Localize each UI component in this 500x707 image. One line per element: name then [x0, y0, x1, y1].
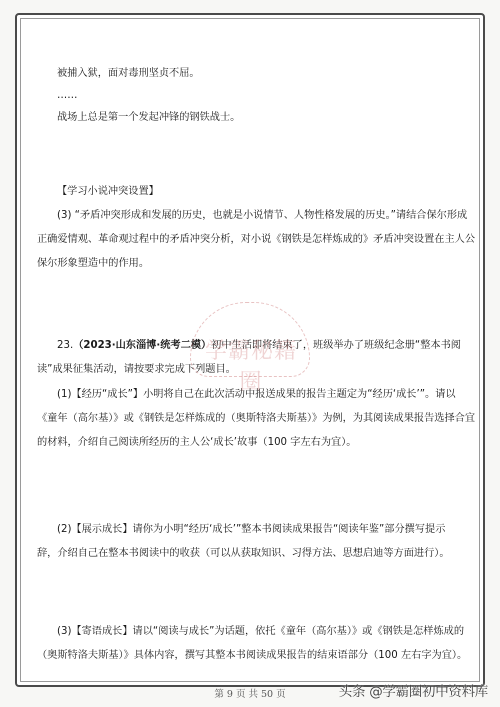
q3-line-3: 保尔形象塑造中的作用。	[37, 252, 463, 276]
q23-part1-line-3: 的材料，介绍自己阅读所经历的主人公‘成长’故事（100 字左右为宜）。	[37, 431, 463, 455]
q3-line-1: (3) “矛盾冲突形成和发展的历史，也就是小说情节、人物性格发展的历史。”请结合…	[37, 204, 463, 228]
q23-number: 23.	[57, 340, 73, 351]
section-heading: 【学习小说冲突设置】	[37, 180, 463, 204]
excerpt-ellipsis: ……	[37, 84, 463, 108]
excerpt-line-1: 被捕入狱，面对毒刑坚贞不屈。	[37, 62, 463, 86]
q23-part3-line-2: （奥斯特洛夫斯基）》具体内容，撰写其整本书阅读成果报告的结束语部分（100 左右…	[37, 644, 463, 668]
q23-part1-line-2: 《童年（高尔基）》或《钢铁是怎样炼成的（奥斯特洛夫斯基）》为例，为其阅读成果报告…	[37, 407, 463, 431]
q23-part2-line-1: (2)【展示成长】请你为小明“经历‘成长’”整本书阅读成果报告“阅读年鉴”部分撰…	[37, 518, 463, 542]
watermark-center-text: 学霸秘籍圈	[196, 334, 306, 396]
excerpt-line-2: 战场上总是第一个发起冲锋的钢铁战士。	[37, 106, 463, 130]
q23-part2-line-2: 辞，介绍自己在整本书阅读中的收获（可以从获取知识、习得方法、思想启迪等方面进行）…	[37, 542, 463, 566]
source-watermark: 头条 @学霸圈初中资料库	[339, 680, 488, 700]
q3-line-2: 正确爱情观、革命观过程中的矛盾冲突分析，对小说《钢铁是怎样炼成的》矛盾冲突设置在…	[37, 228, 463, 252]
q23-part3-line-1: (3)【寄语成长】请以“阅读与成长”为话题，依托《童年（高尔基）》或《钢铁是怎样…	[37, 620, 463, 644]
